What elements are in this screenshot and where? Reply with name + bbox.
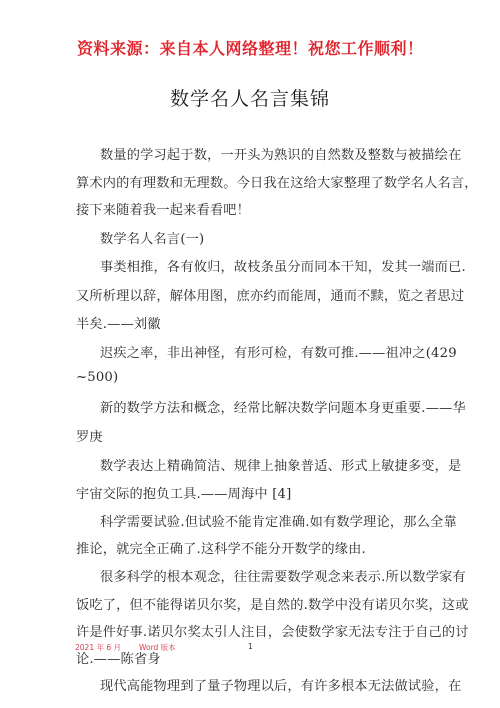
- body-line: 罗庚: [76, 426, 103, 445]
- body-line: 科学需要试验.但试验不能肯定准确.如有数学理论，那么全靠: [100, 511, 457, 530]
- body-line: 数学名人名言(一): [100, 228, 204, 247]
- body-line: 新的数学方法和概念，经常比解决数学问题本身更重要.——华: [100, 397, 466, 416]
- footer-version: Word 版本: [139, 643, 176, 652]
- body-line: 迟疾之率，非出神怪，有形可检，有数可推.——祖冲之(429: [100, 342, 457, 361]
- body-line: 半矣.——刘徽: [76, 313, 161, 332]
- page-footer: 2021 年 6 月Word 版本: [75, 642, 176, 653]
- body-line: 接下来随着我一起来看看吧！: [76, 199, 250, 218]
- body-line: 很多科学的根本观念，往往需要数学观念来表示.所以数学家有: [100, 566, 466, 585]
- body-line: 事类相推，各有攸归，故枝条虽分而同本干知，发其一端而已.: [100, 256, 466, 275]
- body-line: 数学表达上精确简洁、规律上抽象普适、形式上敏捷多变，是: [100, 455, 461, 474]
- body-line: 饭吃了，但不能得诺贝尔奖，是自然的.数学中没有诺贝尔奖，这或: [76, 594, 469, 613]
- body-line: 宇宙交际的抱负工具.——周海中 [4]: [76, 483, 292, 502]
- source-note: 资料来源：来自本人网络整理！祝您工作顺利！: [0, 36, 500, 59]
- document-title: 数学名人名言集锦: [0, 84, 500, 111]
- page-number: 1: [248, 642, 253, 651]
- body-line: 算术内的有理数和无理数。今日我在这给大家整理了数学名人名言，: [76, 172, 478, 191]
- body-line: 现代高能物理到了量子物理以后，有许多根本无法做试验，在: [100, 675, 461, 694]
- footer-date: 2021 年 6 月: [75, 643, 121, 652]
- body-line: 数量的学习起于数，一开头为熟识的自然数及整数与被描绘在: [100, 144, 461, 163]
- body-line: 推论，就完全正确了.这科学不能分开数学的缘由.: [76, 538, 366, 557]
- body-line: 许是件好事.诺贝尔奖太引人注目，会使数学家无法专注于自己的讨: [76, 621, 469, 640]
- body-line: ~500): [76, 370, 118, 385]
- body-line: 又所析理以辞，解体用图，庶亦约而能周，通而不黩，览之者思过: [76, 285, 464, 304]
